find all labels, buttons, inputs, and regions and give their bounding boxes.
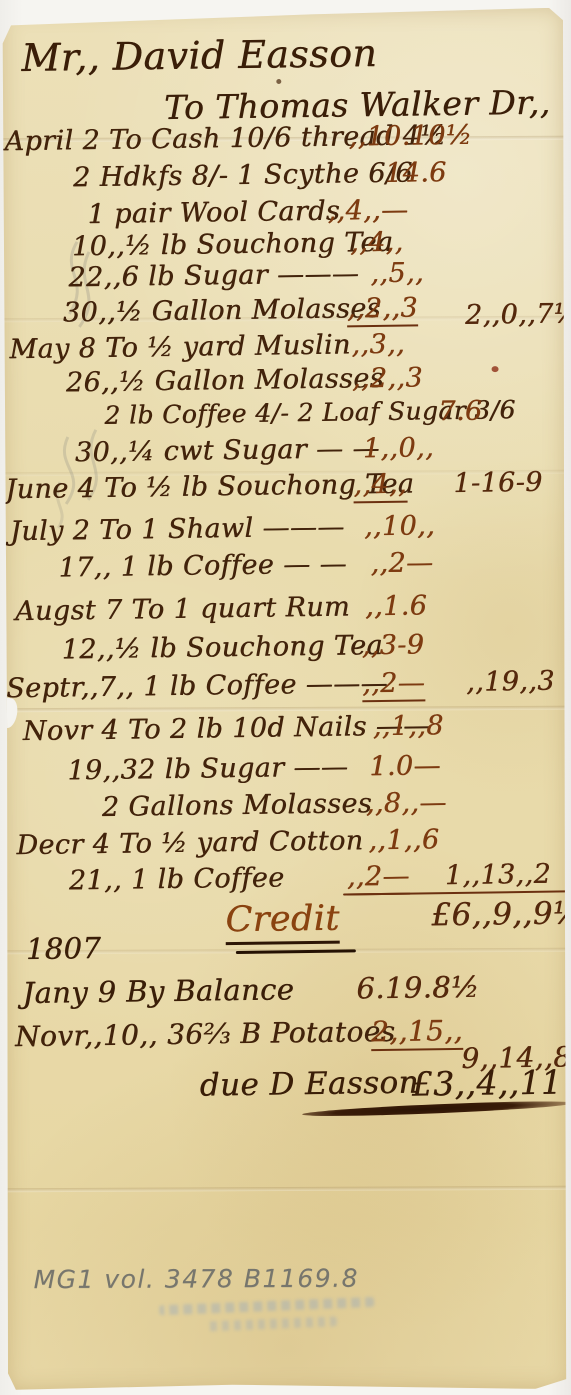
entry-amount: 7.6 [438, 396, 483, 428]
ledger-row: 19,,32 lb Sugar —— 1.0— [5, 748, 566, 790]
ledger-row: Decr 4 To ½ yard Cotton ,,1,,6 [6, 822, 567, 864]
entry-amount: ,,4,,— [327, 195, 408, 227]
archive-note: MG1 vol. 3478 B1169.8 [33, 1264, 359, 1294]
entry-amount: ,,2— [347, 861, 410, 896]
entry-text: Augst 7 To 1 quart Rum [15, 591, 350, 627]
entry-amount: 2,,15,, [371, 1014, 463, 1051]
entry-text: 30,,¼ cwt Sugar — — [75, 433, 380, 468]
ledger-row: Novr 4 To 2 lb 10d Nails —— ,,1,,8 [5, 708, 566, 750]
balance-due-label: due D Easson [199, 1064, 419, 1103]
entry-amount: ,,4,, [350, 227, 404, 259]
ledger-row: 2 Hdkfs 8/- 1 Scythe 6/6 14.6 [0, 155, 558, 197]
stamp-line [206, 1316, 337, 1331]
ledger-row: Augst 7 To 1 quart Rum ,,1.6 [3, 588, 564, 630]
ledger-row: 30,,¼ cwt Sugar — — 1,,0,, [1, 430, 562, 472]
entry-total: ,,19,,3 [466, 666, 555, 698]
entry-text: Jany 9 By Balance [22, 972, 294, 1010]
entry-amount: ,,8,,— [366, 787, 447, 819]
entry-text: 12,,½ lb Souchong Tea [61, 630, 383, 665]
ledger-paper: Mr,, David Easson To Thomas Walker Dr,, … [2, 8, 569, 1391]
ledger-row: July 2 To 1 Shawl ——— ,,10,, [2, 508, 563, 550]
ledger-row: 2 lb Coffee 4/- 2 Loaf Sugar 3/6 7.6 [0, 394, 561, 436]
entry-amount: 14.6 [385, 157, 447, 189]
entry-amount: ,,10,, [364, 510, 436, 542]
header-account-row: To Thomas Walker Dr,, [0, 82, 557, 124]
entry-amount: ,,2,,3 [352, 362, 424, 394]
customer-name: Mr,, David Easson [21, 31, 377, 80]
ledger-row: 21,, 1 lb Coffee ,,2— 1,,13,,2 [7, 858, 568, 900]
ledger-row: April 2 To Cash 10/6 thread 4½ ,,10.10½ [0, 118, 558, 160]
entry-amount: ,,3-9 [361, 629, 424, 661]
entry-amount: ,,4,, [353, 469, 407, 504]
entry-text: 22,,6 lb Sugar ——— [68, 258, 359, 293]
entry-total: 1,,13,,2 [445, 859, 552, 891]
entry-amount: 1,,0,, [363, 432, 435, 464]
entry-amount: ,,1,,6 [368, 824, 440, 856]
handwritten-content: Mr,, David Easson To Thomas Walker Dr,, … [0, 2, 571, 1391]
entry-amount: ,,2— [362, 667, 425, 702]
entry-amount: 6.19.8½ [356, 970, 480, 1006]
ledger-row: 12,,½ lb Souchong Tea ,,3-9 [3, 627, 564, 669]
entry-text: 10,,½ lb Souchong Tea [72, 227, 394, 262]
credit-row: Novr,,10,, 36⅔ B Potatoes 2,,15,, 9,,14,… [9, 1012, 570, 1054]
ledger-row: June 4 To ½ lb Souchong Tea ,,4,, 1-16-9 [1, 466, 562, 508]
stamp-line [159, 1297, 374, 1315]
entry-text: Novr,,10,, 36⅔ B Potatoes [15, 1015, 396, 1053]
entry-text: 30,,½ Gallon Molasses [63, 293, 381, 328]
credit-year-row: 1807 [8, 924, 569, 966]
ledger-row: 2 Gallons Molasses ,,8,,— [6, 785, 567, 827]
credit-year: 1807 [26, 931, 102, 966]
entry-amount: ,,1.6 [365, 590, 428, 622]
header-customer-row: Mr,, David Easson [0, 28, 556, 70]
ledger-row: 30,,½ Gallon Molasses ,,2,,3 2,,0,,7½ [0, 290, 560, 332]
entry-text: 17,, 1 lb Coffee — — [58, 548, 347, 583]
entry-text: 21,, 1 lb Coffee [69, 862, 285, 896]
entry-amount: ,,1,,8 [373, 710, 445, 742]
entry-total: 1-16-9 [453, 467, 543, 499]
entry-amount: 1.0— [369, 750, 441, 782]
entry-text: Novr 4 To 2 lb 10d Nails —— [23, 710, 431, 747]
entry-text: Decr 4 To ½ yard Cotton [16, 825, 363, 861]
credit-row: Jany 9 By Balance 6.19.8½ [8, 968, 569, 1010]
faint-archive-stamp [159, 1293, 375, 1343]
entry-amount: ,,5,, [370, 257, 424, 289]
ledger-row: 17,, 1 lb Coffee — — ,,2— [2, 545, 563, 587]
entry-text: 2 Hdkfs 8/- 1 Scythe 6/6 [73, 157, 413, 193]
entry-text: Septr,,7,, 1 lb Coffee ——— [6, 668, 388, 704]
entry-text: 26,,½ Gallon Molasses [66, 363, 384, 398]
entry-text: 19,,32 lb Sugar —— [67, 751, 348, 786]
ledger-row: Septr,,7,, 1 lb Coffee ——— ,,2— ,,19,,3 [4, 665, 565, 707]
entry-amount: ,,2— [370, 547, 433, 579]
archive-note-row: MG1 vol. 3478 B1169.8 [7, 1263, 568, 1299]
entry-text: July 2 To 1 Shawl ——— [10, 511, 345, 547]
entry-text: 2 Gallons Molasses [102, 788, 373, 823]
entry-text: May 8 To ½ yard Muslin [9, 329, 351, 365]
entry-amount: ,,10.10½ [348, 120, 472, 153]
balance-due-amount: £3,,4,,11 [411, 1062, 562, 1103]
balance-due-row: due D Easson £3,,4,,11 [9, 1062, 570, 1104]
entry-amount: ,,2,,3 [347, 292, 419, 327]
entry-text: 1 pair Wool Cards [87, 195, 340, 230]
entry-amount: ,,3,, [351, 329, 405, 361]
